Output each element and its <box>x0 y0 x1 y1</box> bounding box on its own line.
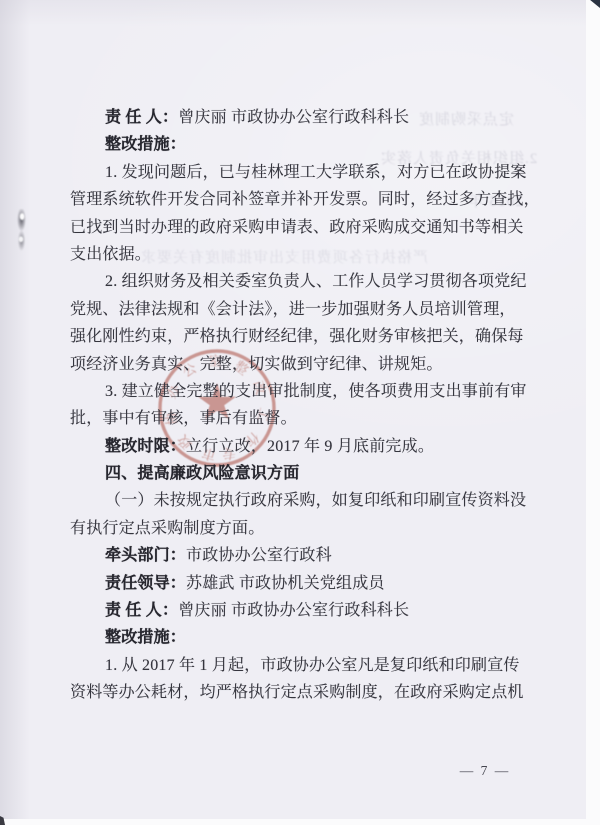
text-line: 有执行定点采购制度方面。 <box>70 515 550 542</box>
line-label: 责 任 人： <box>105 109 178 126</box>
line-label: 整改时限： <box>105 438 186 455</box>
text-line: 管理系统软件开发合同补签章并补开发票。同时，经过多方查找， <box>70 186 550 213</box>
text-line: 整改措施： <box>70 131 550 158</box>
text-line: 责 任 人：曾庆丽 市政协办公室行政科科长 <box>70 104 550 131</box>
line-text: 批，事中有审核，事后有监督。 <box>70 410 297 427</box>
line-label: 四、提高廉政风险意识方面 <box>105 465 299 482</box>
line-text: 1. 发现问题后，已与桂林理工大学联系，对方已在政协提案 <box>105 164 527 181</box>
text-line: 项经济业务真实、完整，切实做到守纪律、讲规矩。 <box>70 351 550 378</box>
line-label: 责任领导： <box>105 575 186 592</box>
line-label: 整改措施： <box>105 629 186 646</box>
section-heading: 四、提高廉政风险意识方面 <box>70 460 550 487</box>
line-text: 党规、法律法规和《会计法》，进一步加强财务人员培训管理， <box>70 301 516 318</box>
text-line: 1. 从 2017 年 1 月起，市政协办公室凡是复印纸和印刷宣传 <box>70 652 550 679</box>
line-text: 管理系统软件开发合同补签章并补开发票。同时，经过多方查找， <box>70 191 540 208</box>
text-line: 资料等办公耗材，均严格执行定点采购制度，在政府采购定点机 <box>70 679 550 706</box>
text-line: 整改时限：立行立改，2017 年 9 月底前完成。 <box>70 433 550 460</box>
text-line: 已找到当时办理的政府采购申请表、政府采购成交通知书等相关 <box>70 214 550 241</box>
line-text: 苏雄武 市政协机关党组成员 <box>186 575 385 592</box>
line-text: 1. 从 2017 年 1 月起，市政协办公室凡是复印纸和印刷宣传 <box>105 657 520 674</box>
line-text: 强化刚性约束，严格执行财经纪律，强化财务审核把关，确保每 <box>70 328 524 345</box>
scan-background-bottom <box>0 819 600 825</box>
line-text: 曾庆丽 市政协办公室行政科科长 <box>178 602 409 619</box>
line-text: （一）未按规定执行政府采购，如复印纸和印刷宣传资料没 <box>105 492 526 509</box>
text-line: 责 任 人：曾庆丽 市政协办公室行政科科长 <box>70 597 550 624</box>
text-line: 牵头部门：市政协办公室行政科 <box>70 542 550 569</box>
text-line: 支出依据。 <box>70 241 550 268</box>
line-text: 2. 组织财务及相关委室负责人、工作人员学习贯彻各项党纪 <box>105 273 527 290</box>
text-line: 批，事中有审核，事后有监督。 <box>70 405 550 432</box>
line-text: 立行立改，2017 年 9 月底前完成。 <box>186 438 434 455</box>
line-text: 3. 建立健全完整的支出审批制度，使各项费用支出事前有审 <box>105 383 527 400</box>
line-text: 已找到当时办理的政府采购申请表、政府采购成交通知书等相关 <box>70 219 524 236</box>
text-line: 2. 组织财务及相关委室负责人、工作人员学习贯彻各项党纪 <box>70 268 550 295</box>
text-line: 责任领导：苏雄武 市政协机关党组成员 <box>70 570 550 597</box>
line-label: 牵头部门： <box>105 547 186 564</box>
line-text: 项经济业务真实、完整，切实做到守纪律、讲规矩。 <box>70 356 443 373</box>
text-line: 3. 建立健全完整的支出审批制度，使各项费用支出事前有审 <box>70 378 550 405</box>
line-text: 资料等办公耗材，均严格执行定点采购制度，在政府采购定点机 <box>70 684 524 701</box>
text-line: （一）未按规定执行政府采购，如复印纸和印刷宣传资料没 <box>70 487 550 514</box>
scan-background-right <box>586 0 600 825</box>
line-text: 支出依据。 <box>70 246 151 263</box>
ink-smudge <box>16 209 27 251</box>
line-text: 曾庆丽 市政协办公室行政科科长 <box>178 109 409 126</box>
text-line: 整改措施： <box>70 624 550 651</box>
line-text: 市政协办公室行政科 <box>186 547 332 564</box>
line-text: 有执行定点采购制度方面。 <box>70 520 264 537</box>
document-text: 责 任 人：曾庆丽 市政协办公室行政科科长 整改措施： 1. 发现问题后，已与桂… <box>70 104 550 707</box>
text-line: 强化刚性约束，严格执行财经纪律，强化财务审核把关，确保每 <box>70 323 550 350</box>
line-label: 责 任 人： <box>105 602 178 619</box>
line-label: 整改措施： <box>105 136 186 153</box>
page-number: — 7 — <box>448 763 522 779</box>
text-line: 1. 发现问题后，已与桂林理工大学联系，对方已在政协提案 <box>70 159 550 186</box>
text-line: 党规、法律法规和《会计法》，进一步加强财务人员培训管理， <box>70 296 550 323</box>
